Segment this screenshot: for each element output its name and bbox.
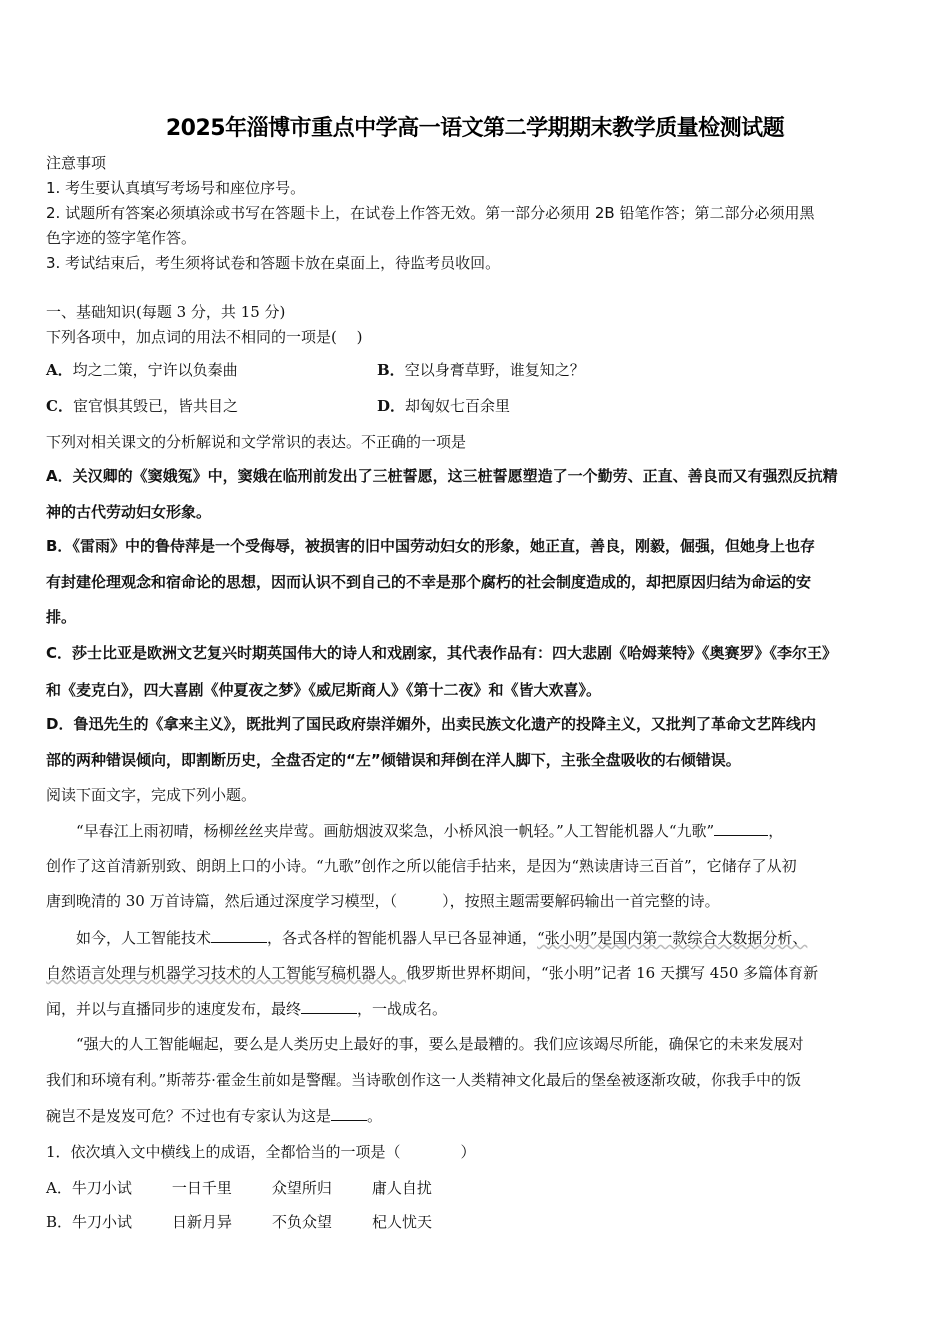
notice-item-3: 3. 考试结束后，考生须将试卷和答题卡放在桌面上，待监考员收回。 xyxy=(46,252,500,273)
option-a: A．关汉卿的《窦娥冤》中，窦娥在临刑前发出了三桩誓愿，这三桩誓愿塑造了一个勤劳、… xyxy=(46,465,838,486)
fill-blank xyxy=(301,998,357,1014)
passage-text-marked: 自然语言处理与机器学习技术的人工智能写稿机器人。 xyxy=(46,964,406,982)
option-label: A． xyxy=(46,361,73,379)
idiom: 庸人自扰 xyxy=(372,1177,472,1198)
idiom: 牛刀小试 xyxy=(72,1211,172,1232)
option-label: A． xyxy=(46,1179,72,1197)
notice-item-2: 2. 试题所有答案必须填涂或书写在答题卡上，在试卷上作答无效。第一部分必须用 2… xyxy=(46,202,814,223)
option-a: A．均之二策，宁许以负秦曲 xyxy=(46,359,238,380)
option-label: B． xyxy=(377,361,405,379)
option-d-cont: 部的两种错误倾向，即割断历史，全盘否定的“左”倾错误和拜倒在洋人脚下，主张全盘吸… xyxy=(46,749,741,770)
option-a: A．牛刀小试一日千里众望所归庸人自扰 xyxy=(46,1177,472,1198)
option-text: 鲁迅先生的《拿来主义》，既批判了国民政府崇洋媚外，出卖民族文化遗产的投降主义，又… xyxy=(73,715,816,733)
option-label: B． xyxy=(46,537,72,555)
option-text: 关汉卿的《窦娥冤》中，窦娥在临刑前发出了三桩誓愿，这三桩誓愿塑造了一个勤劳、正直… xyxy=(73,467,838,485)
question-stem: 下列对相关课文的分析解说和文学常识的表达。不正确的一项是 xyxy=(46,431,466,452)
passage-text: 如今，人工智能技术 xyxy=(76,929,211,947)
passage-text: 碗岂不是岌岌可危？不过也有专家认为这是 xyxy=(46,1107,331,1125)
notice-heading: 注意事项 xyxy=(46,152,106,173)
idiom: 众望所归 xyxy=(272,1177,372,1198)
notice-item-2-cont: 色字迹的签字笔作答。 xyxy=(46,227,196,248)
page-title: 2025年淄博市重点中学高一语文第二学期期末教学质量检测试题 xyxy=(0,111,950,142)
section-heading: 一、基础知识(每题 3 分，共 15 分) xyxy=(46,301,285,322)
option-text: 《雷雨》中的鲁侍萍是一个受侮辱，被损害的旧中国劳动妇女的形象，她正直，善良，刚毅… xyxy=(72,537,815,555)
idiom: 牛刀小试 xyxy=(72,1177,172,1198)
question-stem: 1．依次填入文中横线上的成语，全都恰当的一项是（ ） xyxy=(46,1141,476,1162)
option-text: 宦官惧其毁已，皆共目之 xyxy=(73,397,238,415)
option-label: D． xyxy=(46,715,73,733)
option-c-cont: 和《麦克白》，四大喜剧《仲夏夜之梦》《威尼斯商人》《第十二夜》和《皆大欢喜》。 xyxy=(46,679,601,700)
option-text: 空以身膏草野，谁复知之？ xyxy=(405,361,585,379)
passage-text: 。 xyxy=(367,1107,382,1125)
option-b-cont: 排。 xyxy=(46,606,76,627)
option-text: 均之二策，宁许以负秦曲 xyxy=(73,361,238,379)
idiom: 一日千里 xyxy=(172,1177,272,1198)
idiom: 不负众望 xyxy=(272,1211,372,1232)
passage-line: “早春江上雨初晴，杨柳丝丝夹岸莺。画舫烟波双桨急，小桥风浪一帆轻。”人工智能机器… xyxy=(76,820,783,841)
option-label: C． xyxy=(46,644,72,662)
option-c: C．莎士比亚是欧洲文艺复兴时期英国伟大的诗人和戏剧家，其代表作品有：四大悲剧《哈… xyxy=(46,642,837,663)
fill-blank xyxy=(331,1105,367,1121)
reading-intro: 阅读下面文字，完成下列小题。 xyxy=(46,784,256,805)
option-b: B．《雷雨》中的鲁侍萍是一个受侮辱，被损害的旧中国劳动妇女的形象，她正直，善良，… xyxy=(46,535,815,556)
option-label: B． xyxy=(46,1213,72,1231)
idiom: 杞人忧天 xyxy=(372,1211,472,1232)
passage-line: 我们和环境有利。”斯蒂芬·霍金生前如是警醒。当诗歌创作这一人类精神文化最后的堡垒… xyxy=(46,1069,801,1090)
option-a-cont: 神的古代劳动妇女形象。 xyxy=(46,501,211,522)
passage-text: “早春江上雨初晴，杨柳丝丝夹岸莺。画舫烟波双桨急，小桥风浪一帆轻。”人工智能机器… xyxy=(76,822,714,840)
passage-line: 唐到晚清的 30 万首诗篇，然后通过深度学习模型，（ ），按照主题需要解码输出一… xyxy=(46,890,720,911)
passage-text-marked: “张小明”是国内第一款综合大数据分析、 xyxy=(537,929,807,947)
passage-line: 闻，并以与直播同步的速度发布，最终，一战成名。 xyxy=(46,998,447,1019)
passage-line: 碗岂不是岌岌可危？不过也有专家认为这是。 xyxy=(46,1105,382,1126)
option-b-cont: 有封建伦理观念和宿命论的思想，因而认识不到自己的不幸是那个腐朽的社会制度造成的，… xyxy=(46,571,811,592)
notice-item-1: 1. 考生要认真填写考场号和座位序号。 xyxy=(46,177,305,198)
passage-text: ，各式各样的智能机器人早已各显神通， xyxy=(267,929,537,947)
passage-text: ， xyxy=(768,822,783,840)
passage-text: ，一战成名。 xyxy=(357,1000,447,1018)
passage-line: 创作了这首清新别致、朗朗上口的小诗。“九歌”创作之所以能信手拈来，是因为“熟读唐… xyxy=(46,855,797,876)
option-b: B．空以身膏草野，谁复知之？ xyxy=(377,359,585,380)
option-d: D．鲁迅先生的《拿来主义》，既批判了国民政府崇洋媚外，出卖民族文化遗产的投降主义… xyxy=(46,713,816,734)
option-text: 莎士比亚是欧洲文艺复兴时期英国伟大的诗人和戏剧家，其代表作品有：四大悲剧《哈姆莱… xyxy=(72,644,837,662)
option-label: C． xyxy=(46,397,73,415)
passage-text: 俄罗斯世界杯期间，“张小明”记者 16 天撰写 450 多篇体育新 xyxy=(406,964,818,982)
passage-line: “强大的人工智能崛起，要么是人类历史上最好的事，要么是最糟的。我们应该竭尽所能，… xyxy=(76,1033,804,1054)
option-b: B．牛刀小试日新月异不负众望杞人忧天 xyxy=(46,1211,472,1232)
option-label: D． xyxy=(377,397,405,415)
option-c: C．宦官惧其毁已，皆共目之 xyxy=(46,395,238,416)
passage-line: 自然语言处理与机器学习技术的人工智能写稿机器人。俄罗斯世界杯期间，“张小明”记者… xyxy=(46,962,818,983)
option-text: 却匈奴七百余里 xyxy=(405,397,510,415)
passage-line: 如今，人工智能技术，各式各样的智能机器人早已各显神通，“张小明”是国内第一款综合… xyxy=(76,927,807,948)
exam-page: 2025年淄博市重点中学高一语文第二学期期末教学质量检测试题 注意事项 1. 考… xyxy=(0,0,950,1344)
fill-blank xyxy=(714,820,768,836)
question-stem: 下列各项中，加点词的用法不相同的一项是( ) xyxy=(46,326,362,347)
passage-text: 闻，并以与直播同步的速度发布，最终 xyxy=(46,1000,301,1018)
option-label: A． xyxy=(46,467,73,485)
fill-blank xyxy=(211,927,267,943)
idiom: 日新月异 xyxy=(172,1211,272,1232)
option-d: D．却匈奴七百余里 xyxy=(377,395,510,416)
